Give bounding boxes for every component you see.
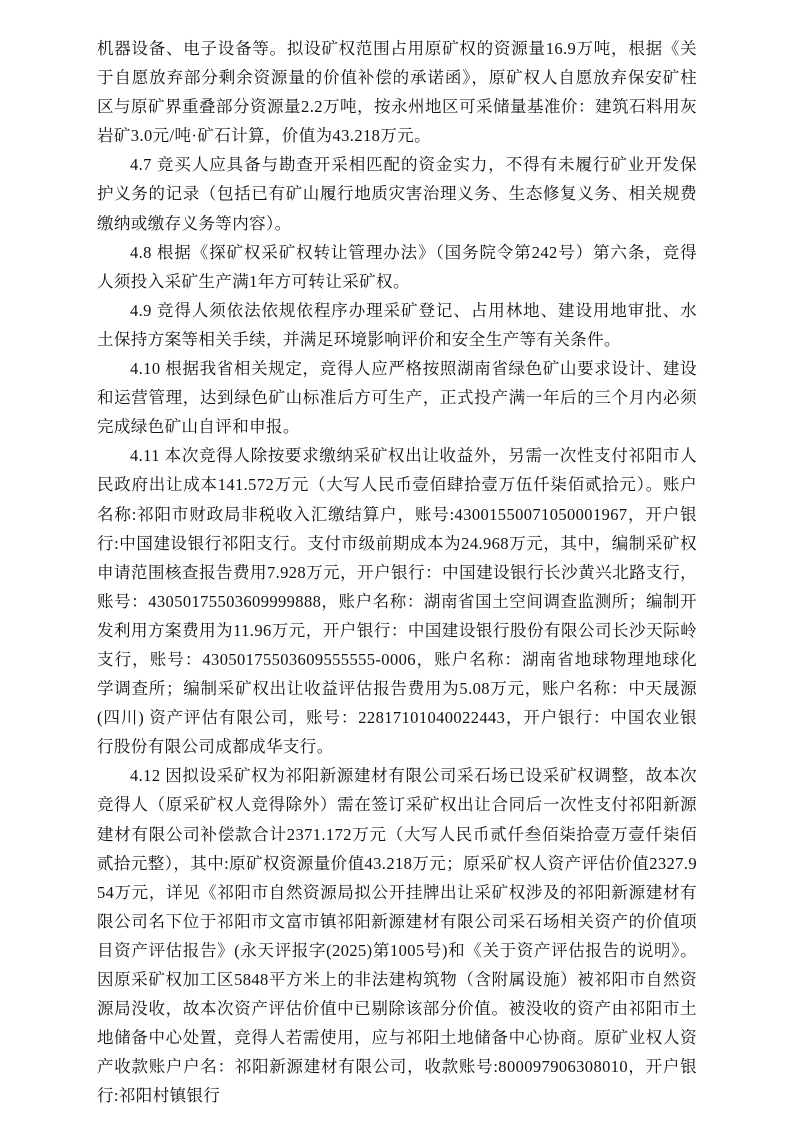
paragraph-clause-4-8: 4.8 根据《探矿权采矿权转让管理办法》（国务院令第242号）第六条，竞得人须投… [97,238,697,296]
paragraph-clause-4-11: 4.11 本次竞得人除按要求缴纳采矿权出让收益外，另需一次性支付祁阳市人民政府出… [97,441,697,761]
document-body: 机器设备、电子设备等。拟设矿权范围占用原矿权的资源量16.9万吨，根据《关于自愿… [97,34,697,1110]
document-page: 机器设备、电子设备等。拟设矿权范围占用原矿权的资源量16.9万吨，根据《关于自愿… [0,0,793,1122]
paragraph-clause-4-10: 4.10 根据我省相关规定，竞得人应严格按照湖南省绿色矿山要求设计、建设和运营管… [97,354,697,441]
paragraph-continuation: 机器设备、电子设备等。拟设矿权范围占用原矿权的资源量16.9万吨，根据《关于自愿… [97,34,697,150]
paragraph-clause-4-12: 4.12 因拟设采矿权为祁阳新源建材有限公司采石场已设采矿权调整，故本次竞得人（… [97,761,697,1110]
paragraph-clause-4-9: 4.9 竞得人须依法依规依程序办理采矿登记、占用林地、建设用地审批、水土保持方案… [97,296,697,354]
paragraph-clause-4-7: 4.7 竞买人应具备与勘查开采相匹配的资金实力，不得有未履行矿业开发保护义务的记… [97,150,697,237]
